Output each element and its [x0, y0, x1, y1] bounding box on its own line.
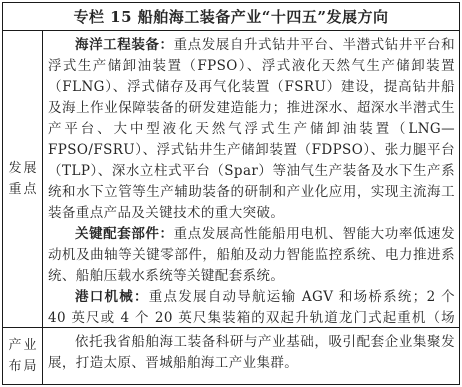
policy-column-table: 专栏 15 船舶海工装备产业“十四五”发展方向 发展 重点 海洋工程装备：重点发…	[2, 2, 460, 385]
row-label-line: 产业	[6, 335, 38, 356]
row-label-line: 重点	[6, 179, 38, 200]
industry-layout-content: 依托我省船舶海工装备科研与产业基础，吸引配套企业集聚发展，打造太原、晋城船舶海工…	[43, 328, 459, 384]
paragraph-heading: 港口机械：	[75, 289, 149, 305]
paragraph-body: 重点发展自升式钻井平台、半潜式钻井平台和浮式生产储卸油装置（FPSO）、浮式液化…	[48, 37, 455, 221]
row-label-line: 发展	[6, 158, 38, 179]
paragraph-body: 依托我省船舶海工装备科研与产业基础，吸引配套企业集聚发展，打造太原、晋城船舶海工…	[48, 334, 455, 371]
industry-layout-row: 产业 布局 依托我省船舶海工装备科研与产业基础，吸引配套企业集聚发展，打造太原、…	[3, 327, 459, 384]
development-focus-content: 海洋工程装备：重点发展自升式钻井平台、半潜式钻井平台和浮式生产储卸油装置（FPS…	[43, 31, 459, 327]
development-focus-row: 发展 重点 海洋工程装备：重点发展自升式钻井平台、半潜式钻井平台和浮式生产储卸油…	[3, 31, 459, 327]
row-label-industry-layout: 产业 布局	[3, 328, 43, 384]
paragraph-marine-engineering-equipment: 海洋工程装备：重点发展自升式钻井平台、半潜式钻井平台和浮式生产储卸油装置（FPS…	[48, 35, 455, 224]
table-title: 专栏 15 船舶海工装备产业“十四五”发展方向	[3, 3, 459, 31]
paragraph-heading: 海洋工程装备：	[75, 37, 174, 53]
paragraph-industry-layout: 依托我省船舶海工装备科研与产业基础，吸引配套企业集聚发展，打造太原、晋城船舶海工…	[48, 332, 455, 374]
row-label-development-focus: 发展 重点	[3, 31, 43, 327]
paragraph-port-machinery: 港口机械：重点发展自动导航运输 AGV 和场桥系统；2 个 40 英尺或 4 个…	[48, 287, 455, 327]
paragraph-heading: 关键配套部件：	[75, 226, 174, 242]
row-label-line: 布局	[6, 356, 38, 377]
paragraph-key-components: 关键配套部件：重点发展高性能船用电机、智能大功率低速发动机及曲轴等关键零部件，船…	[48, 224, 455, 287]
